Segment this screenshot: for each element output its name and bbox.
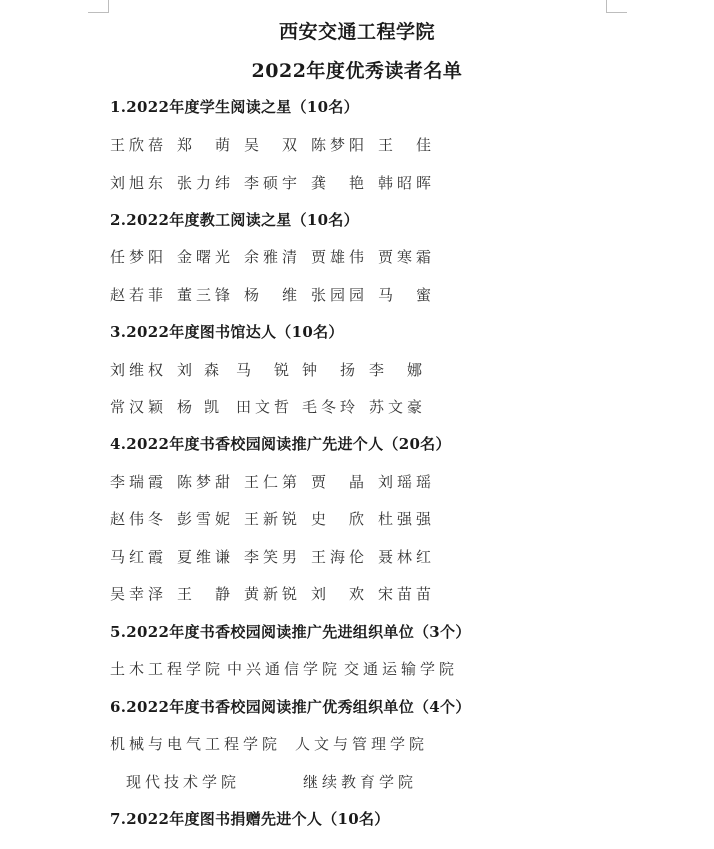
name-entry: 贾 晶 [311, 471, 368, 492]
page-corner-mark-left [88, 0, 109, 13]
name-entry: 张力纬 [177, 172, 234, 193]
name-entry: 余雅清 [244, 246, 301, 267]
name-entry: 钟 扬 [302, 359, 359, 380]
institution-title: 西安交通工程学院 [0, 17, 714, 44]
name-entry: 王仁第 [244, 471, 301, 492]
name-entry: 陈梦甜 [177, 471, 234, 492]
name-entry: 刘旭东 [110, 172, 167, 193]
name-entry: 郑 萌 [177, 134, 234, 155]
name-entry: 黄新锐 [244, 583, 301, 604]
name-entry: 马红霞 [110, 546, 167, 567]
name-entry: 李硕宇 [244, 172, 301, 193]
name-entry: 杨 维 [244, 284, 301, 305]
unit-entry: 现代技术学院 [126, 771, 240, 792]
name-entry: 龚 艳 [311, 172, 368, 193]
name-entry: 史 欣 [311, 508, 368, 529]
name-entry: 杜强强 [378, 508, 435, 529]
section-heading-1: 1.2022年度学生阅读之星（10名） [110, 96, 359, 117]
name-entry: 贾雄伟 [311, 246, 368, 267]
name-entry: 李瑞霞 [110, 471, 167, 492]
page-corner-mark-right [606, 0, 627, 13]
section-heading-6: 6.2022年度书香校园阅读推广优秀组织单位（4个） [110, 696, 471, 717]
section-heading-5: 5.2022年度书香校园阅读推广先进组织单位（3个） [110, 621, 471, 642]
name-entry: 彭雪妮 [177, 508, 234, 529]
name-entry: 董三锋 [177, 284, 234, 305]
name-entry: 王 佳 [378, 134, 435, 155]
unit-entry: 机械与电气工程学院 [110, 733, 281, 754]
name-entry: 赵伟冬 [110, 508, 167, 529]
name-entry: 王新锐 [244, 508, 301, 529]
name-entry: 陈梦阳 [311, 134, 368, 155]
unit-entry: 中兴通信学院 [227, 658, 341, 679]
name-entry: 毛冬玲 [302, 396, 359, 417]
section-heading-4: 4.2022年度书香校园阅读推广先进个人（20名） [110, 433, 451, 454]
name-entry: 李 娜 [369, 359, 426, 380]
name-entry: 刘森 [177, 359, 231, 380]
unit-entry: 交通运输学院 [344, 658, 458, 679]
name-entry: 吴幸泽 [110, 583, 167, 604]
name-entry: 田文哲 [236, 396, 293, 417]
name-entry: 常汉颖 [110, 396, 167, 417]
name-entry: 杨凯 [177, 396, 231, 417]
name-entry: 刘 欢 [311, 583, 368, 604]
name-entry: 任梦阳 [110, 246, 167, 267]
name-entry: 苏文豪 [369, 396, 426, 417]
name-entry: 宋苗苗 [378, 583, 435, 604]
name-entry: 金曙光 [177, 246, 234, 267]
unit-entry: 土木工程学院 [110, 658, 224, 679]
section-heading-2: 2.2022年度教工阅读之星（10名） [110, 209, 359, 230]
unit-entry: 人文与管理学院 [295, 733, 428, 754]
section-heading-3: 3.2022年度图书馆达人（10名） [110, 321, 344, 342]
name-entry: 贾寒霜 [378, 246, 435, 267]
name-entry: 吴 双 [244, 134, 301, 155]
name-entry: 赵若菲 [110, 284, 167, 305]
name-entry: 刘瑶瑶 [378, 471, 435, 492]
name-entry: 马 蜜 [378, 284, 435, 305]
name-entry: 马 锐 [236, 359, 293, 380]
name-entry: 聂林红 [378, 546, 435, 567]
name-entry: 王海伦 [311, 546, 368, 567]
section-heading-7: 7.2022年度图书捐赠先进个人（10名） [110, 808, 390, 829]
name-entry: 张园园 [311, 284, 368, 305]
unit-entry: 继续教育学院 [303, 771, 417, 792]
name-entry: 刘维权 [110, 359, 167, 380]
name-entry: 韩昭晖 [378, 172, 435, 193]
document-title: 2022年度优秀读者名单 [0, 56, 714, 83]
name-entry: 李笑男 [244, 546, 301, 567]
name-entry: 王 静 [177, 583, 234, 604]
name-entry: 夏维谦 [177, 546, 234, 567]
name-entry: 王欣蓓 [110, 134, 167, 155]
